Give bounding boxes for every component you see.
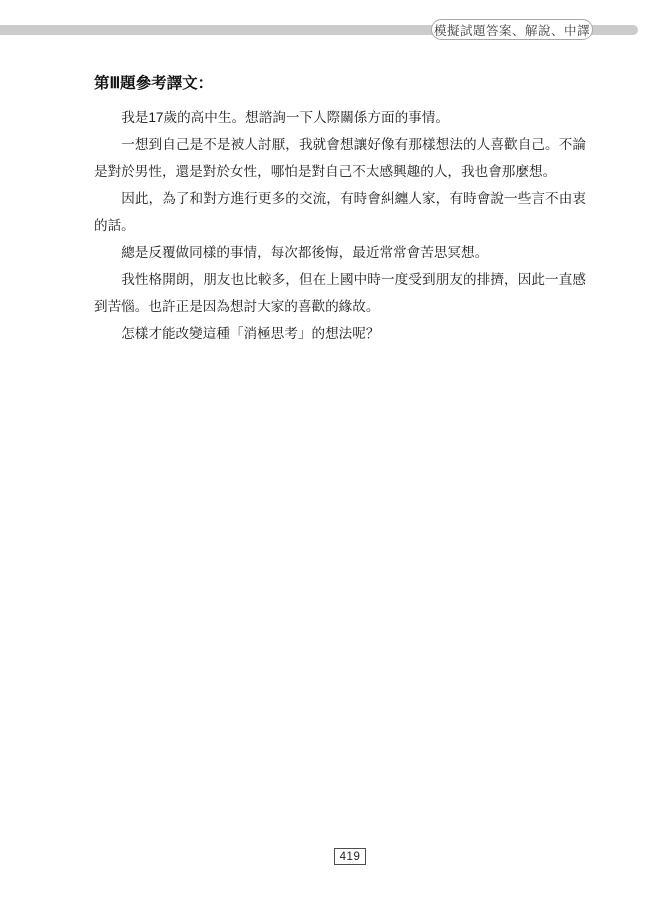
paragraph: 我是17歲的高中生。想諮詢一下人際關係方面的事情。 <box>94 104 586 131</box>
paragraph: 總是反覆做同樣的事情，每次都後悔，最近常常會苦思冥想。 <box>94 239 586 266</box>
header-section-tab: 模擬試題答案、解說、中譯 <box>431 19 593 40</box>
paragraph: 怎樣才能改變這種「消極思考」的想法呢？ <box>94 320 586 347</box>
header-section-tab-label: 模擬試題答案、解說、中譯 <box>434 21 590 39</box>
paragraph: 一想到自己是不是被人討厭，我就會想讓好像有那樣想法的人喜歡自己。不論是對於男性，… <box>94 131 586 185</box>
section-title: 第Ⅲ題參考譯文： <box>94 70 586 97</box>
paragraph: 因此，為了和對方進行更多的交流，有時會糾纏人家，有時會說一些言不由衷的話。 <box>94 185 586 239</box>
book-page: 模擬試題答案、解說、中譯 第Ⅲ題參考譯文： 我是17歲的高中生。想諮詢一下人際關… <box>0 0 663 897</box>
paragraph: 我性格開朗，朋友也比較多，但在上國中時一度受到朋友的排擠，因此一直感到苦惱。也許… <box>94 266 586 320</box>
page-number-box: 419 <box>334 848 366 865</box>
translation-section: 第Ⅲ題參考譯文： 我是17歲的高中生。想諮詢一下人際關係方面的事情。 一想到自己… <box>94 70 586 347</box>
page-number: 419 <box>340 851 361 863</box>
